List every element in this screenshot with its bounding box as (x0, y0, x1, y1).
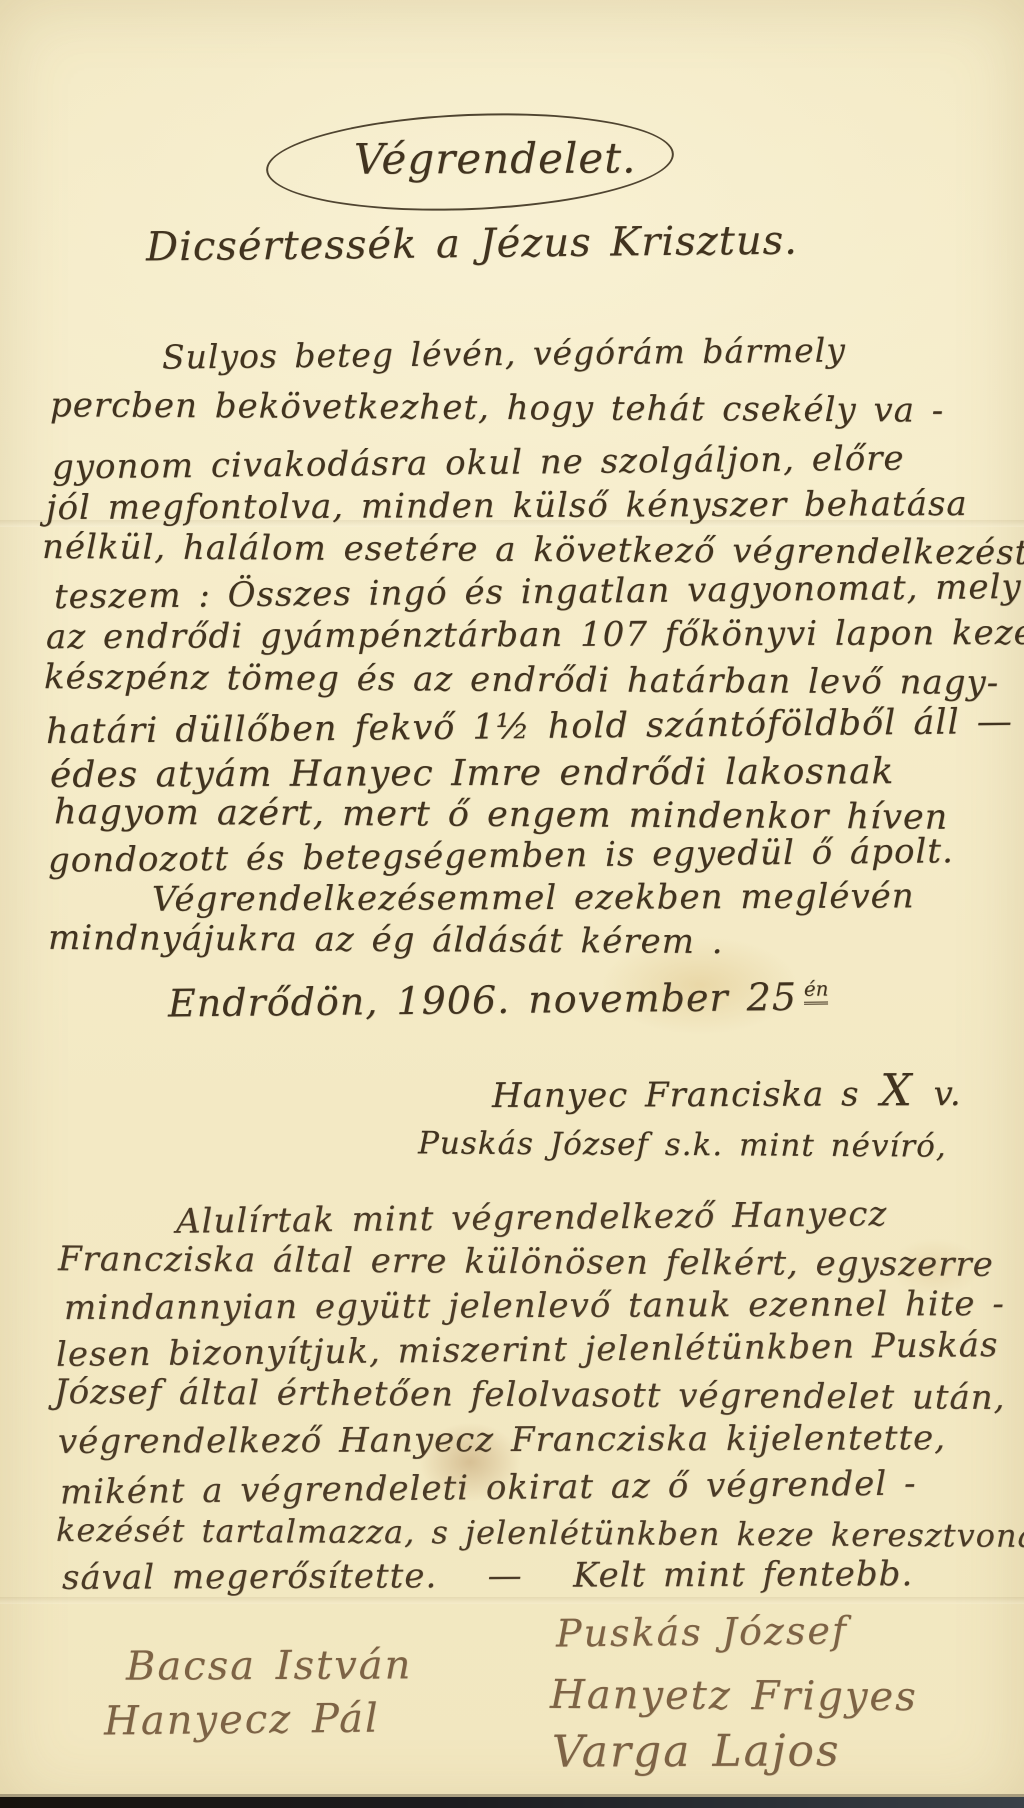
witness-line: végrendelkező Hanyecz Francziska kijelen… (58, 1420, 946, 1461)
body-line: készpénz tömeg és az endrődi határban le… (44, 659, 999, 702)
body-line: nélkül, halálom esetére a következő végr… (42, 529, 1024, 572)
witness-line: Francziska által erre különösen felkért,… (58, 1241, 994, 1284)
dateline-text: Endrődön, 1906. november 25 (168, 975, 797, 1026)
salutation: Dicsértessék a Jézus Krisztus. (146, 219, 798, 270)
body-line: gyonom civakodásra okul ne szolgáljon, e… (52, 441, 905, 487)
witness-line: kezését tartalmazza, s jelenlétünkben ke… (56, 1513, 1024, 1554)
witness-signature: Hanyetz Frigyes (550, 1673, 918, 1719)
namewriter-signature: Puskás József s.k. mint névíró, (418, 1126, 947, 1163)
scanned-will-document: Végrendelet. Dicsértessék a Jézus Kriszt… (0, 0, 1024, 1808)
body-line: határi düllőben fekvő 1½ hold szántóföld… (46, 703, 1013, 752)
witness-line: Alulírtak mint végrendelkező Hanyecz (176, 1196, 888, 1241)
closing-line: Végrendelkezésemmel ezekben meglévén (152, 878, 915, 919)
testator-suffix: v. (934, 1074, 962, 1114)
body-line: percben bekövetkezhet, hogy tehát csekél… (50, 387, 944, 430)
x-mark: X (880, 1065, 913, 1116)
body-line: jól megfontolva, minden külső kényszer b… (46, 486, 968, 527)
body-line: teszem : Összes ingó és ingatlan vagyono… (54, 569, 1022, 617)
closing-line: mindnyájukra az ég áldását kérem . (48, 920, 724, 962)
witness-signature: Hanyecz Pál (104, 1697, 380, 1744)
witness-line: József által érthetően felolvasott végre… (54, 1374, 1006, 1417)
testator-name: Hanyec Franciska s (492, 1074, 860, 1116)
witness-line: lesen bizonyítjuk, miszerint jelenlétünk… (56, 1327, 999, 1374)
body-line: Sulyos beteg lévén, végórám bármely (162, 332, 846, 375)
witness-signature: Varga Lajos (552, 1727, 841, 1777)
dateline: Endrődön, 1906. november 25én (168, 977, 829, 1026)
testator-signature: Hanyec Franciska s X v. (492, 1067, 962, 1118)
witness-signature: Bacsa István (126, 1643, 413, 1688)
witness-signature: Puskás József (556, 1610, 848, 1655)
paper-crease (0, 1597, 1024, 1604)
witness-line: sával megerősítette. — Kelt mint fentebb… (62, 1556, 913, 1597)
scan-edge (0, 1797, 1024, 1808)
witness-line: mindannyian együtt jelenlevő tanuk ezenn… (64, 1286, 1005, 1327)
body-line: hagyom azért, mert ő engem mindenkor hív… (54, 793, 948, 837)
dateline-suffix: én (804, 978, 829, 1005)
document-title: Végrendelet. (354, 135, 637, 182)
body-line: az endrődi gyámpénztárban 107 főkönyvi l… (46, 615, 1024, 657)
body-line: édes atyám Hanyec Imre endrődi lakosnak (50, 752, 894, 795)
body-line: gondozott és betegségemben is egyedül ő … (48, 833, 954, 880)
witness-line: miként a végrendeleti okirat az ő végren… (60, 1466, 917, 1512)
